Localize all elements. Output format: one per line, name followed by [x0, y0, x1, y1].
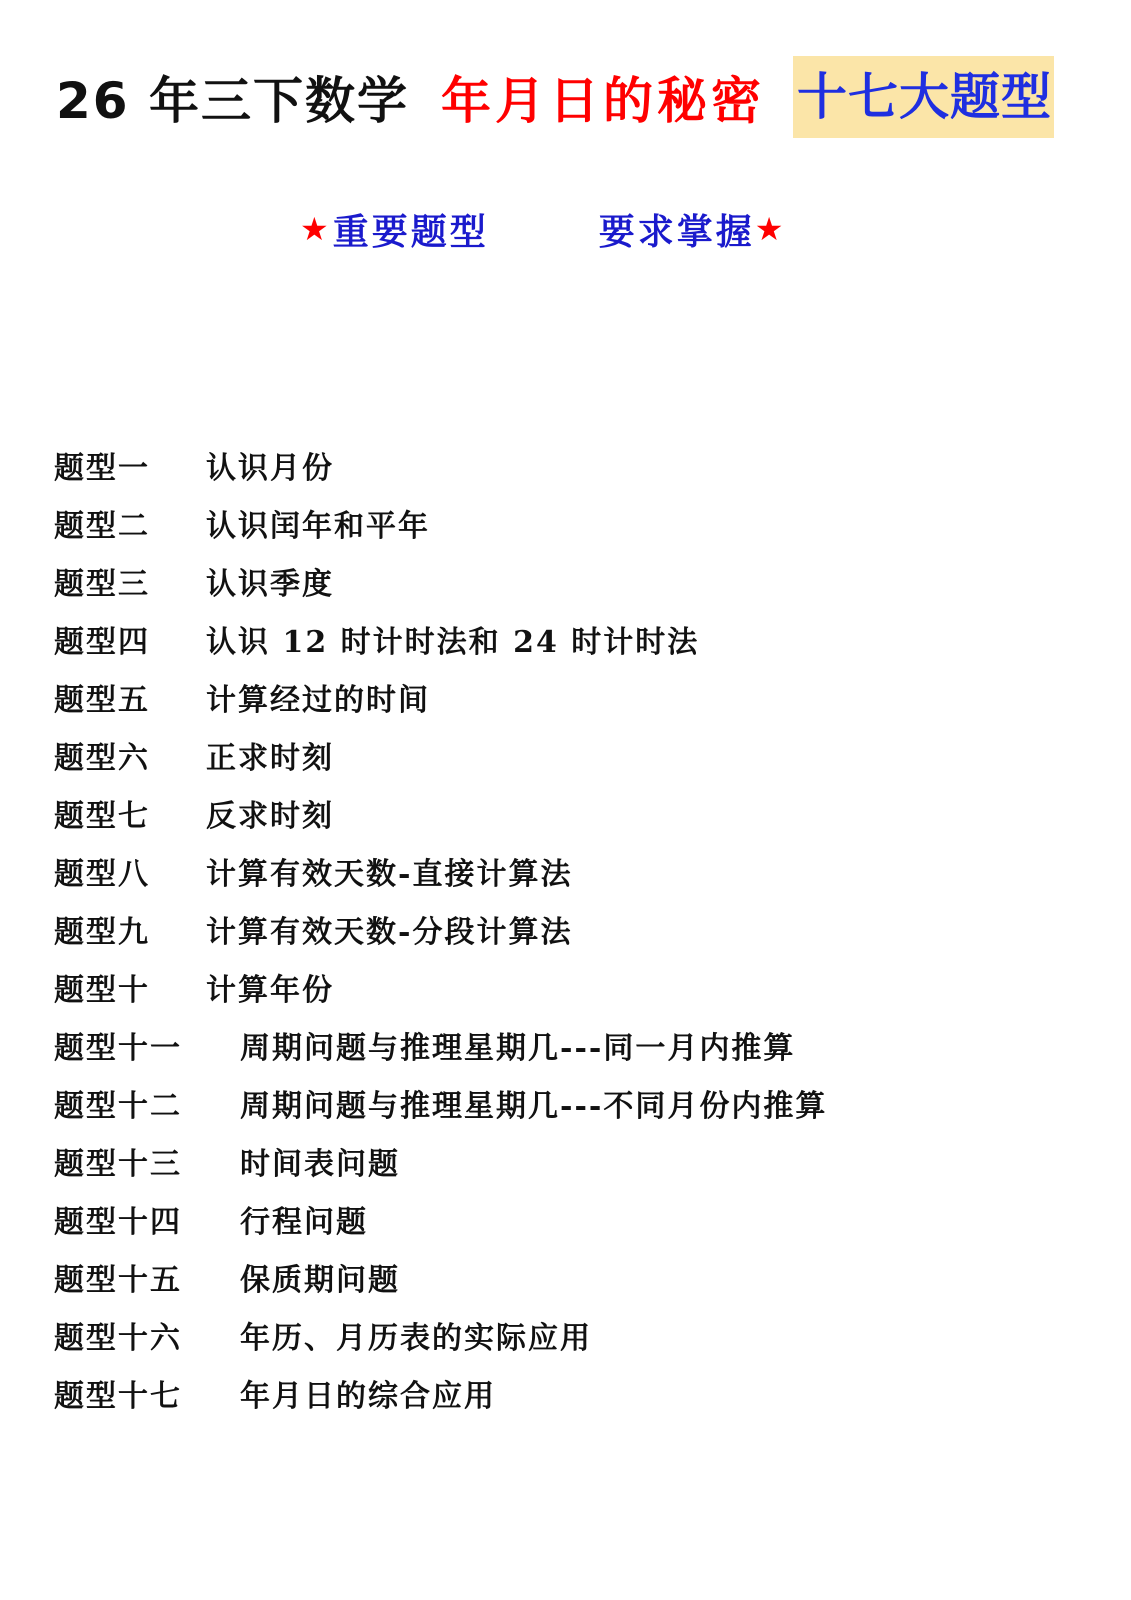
star-icon: ★: [755, 210, 784, 248]
item-title: 认识 12 时计时法和 24 时计时法: [206, 617, 699, 661]
item-title: 时间表问题: [240, 1139, 400, 1183]
item-title: 计算有效天数-分段计算法: [206, 907, 572, 951]
item-label: 题型九: [54, 907, 206, 951]
item-title: 计算有效天数-直接计算法: [206, 849, 572, 893]
item-label: 题型十三: [54, 1139, 240, 1183]
item-label: 题型十二: [54, 1081, 240, 1125]
item-label: 题型十六: [54, 1313, 240, 1357]
item-label: 题型十四: [54, 1197, 240, 1241]
list-item: 题型九计算有效天数-分段计算法: [54, 900, 827, 958]
list-item: 题型七反求时刻: [54, 784, 827, 842]
item-label: 题型十五: [54, 1255, 240, 1299]
title-count-highlight: 十七大题型: [793, 56, 1054, 138]
title-prefix: 26 年三下数学: [56, 61, 409, 133]
item-title: 行程问题: [240, 1197, 368, 1241]
list-item: 题型三认识季度: [54, 552, 827, 610]
question-type-list: 题型一认识月份 题型二认识闰年和平年 题型三认识季度 题型四认识 12 时计时法…: [54, 436, 827, 1422]
item-label: 题型十一: [54, 1023, 240, 1067]
subtitle: ★ 重要题型 要求掌握 ★: [300, 204, 783, 254]
item-title: 年历、月历表的实际应用: [240, 1313, 592, 1357]
item-label: 题型四: [54, 617, 206, 661]
star-icon: ★: [300, 210, 329, 248]
item-label: 题型六: [54, 733, 206, 777]
item-title: 周期问题与推理星期几---不同月份内推算: [240, 1081, 827, 1125]
list-item: 题型四认识 12 时计时法和 24 时计时法: [54, 610, 827, 668]
item-title: 保质期问题: [240, 1255, 400, 1299]
list-item: 题型十三时间表问题: [54, 1132, 827, 1190]
list-item: 题型十七年月日的综合应用: [54, 1364, 827, 1422]
item-title: 认识月份: [206, 443, 334, 487]
list-item: 题型十一周期问题与推理星期几---同一月内推算: [54, 1016, 827, 1074]
item-label: 题型八: [54, 849, 206, 893]
title-topic: 年月日的秘密: [441, 61, 765, 133]
item-title: 计算年份: [206, 965, 334, 1009]
item-label: 题型十七: [54, 1371, 240, 1415]
list-item: 题型十六年历、月历表的实际应用: [54, 1306, 827, 1364]
list-item: 题型二认识闰年和平年: [54, 494, 827, 552]
item-title: 认识季度: [206, 559, 334, 603]
list-item: 题型八计算有效天数-直接计算法: [54, 842, 827, 900]
subtitle-right-text: 要求掌握: [599, 204, 755, 255]
item-title: 正求时刻: [206, 733, 334, 777]
item-label: 题型二: [54, 501, 206, 545]
list-item: 题型十二周期问题与推理星期几---不同月份内推算: [54, 1074, 827, 1132]
item-title: 计算经过的时间: [206, 675, 430, 719]
item-label: 题型三: [54, 559, 206, 603]
list-item: 题型十五保质期问题: [54, 1248, 827, 1306]
list-item: 题型一认识月份: [54, 436, 827, 494]
item-title: 反求时刻: [206, 791, 334, 835]
item-label: 题型一: [54, 443, 206, 487]
subtitle-left-text: 重要题型: [333, 204, 489, 255]
list-item: 题型十计算年份: [54, 958, 827, 1016]
page-title: 26 年三下数学 年月日的秘密 十七大题型: [56, 60, 1054, 134]
list-item: 题型十四行程问题: [54, 1190, 827, 1248]
item-label: 题型五: [54, 675, 206, 719]
list-item: 题型五计算经过的时间: [54, 668, 827, 726]
list-item: 题型六正求时刻: [54, 726, 827, 784]
item-label: 题型七: [54, 791, 206, 835]
item-title: 周期问题与推理星期几---同一月内推算: [240, 1023, 795, 1067]
item-label: 题型十: [54, 965, 206, 1009]
item-title: 年月日的综合应用: [240, 1371, 496, 1415]
item-title: 认识闰年和平年: [206, 501, 430, 545]
